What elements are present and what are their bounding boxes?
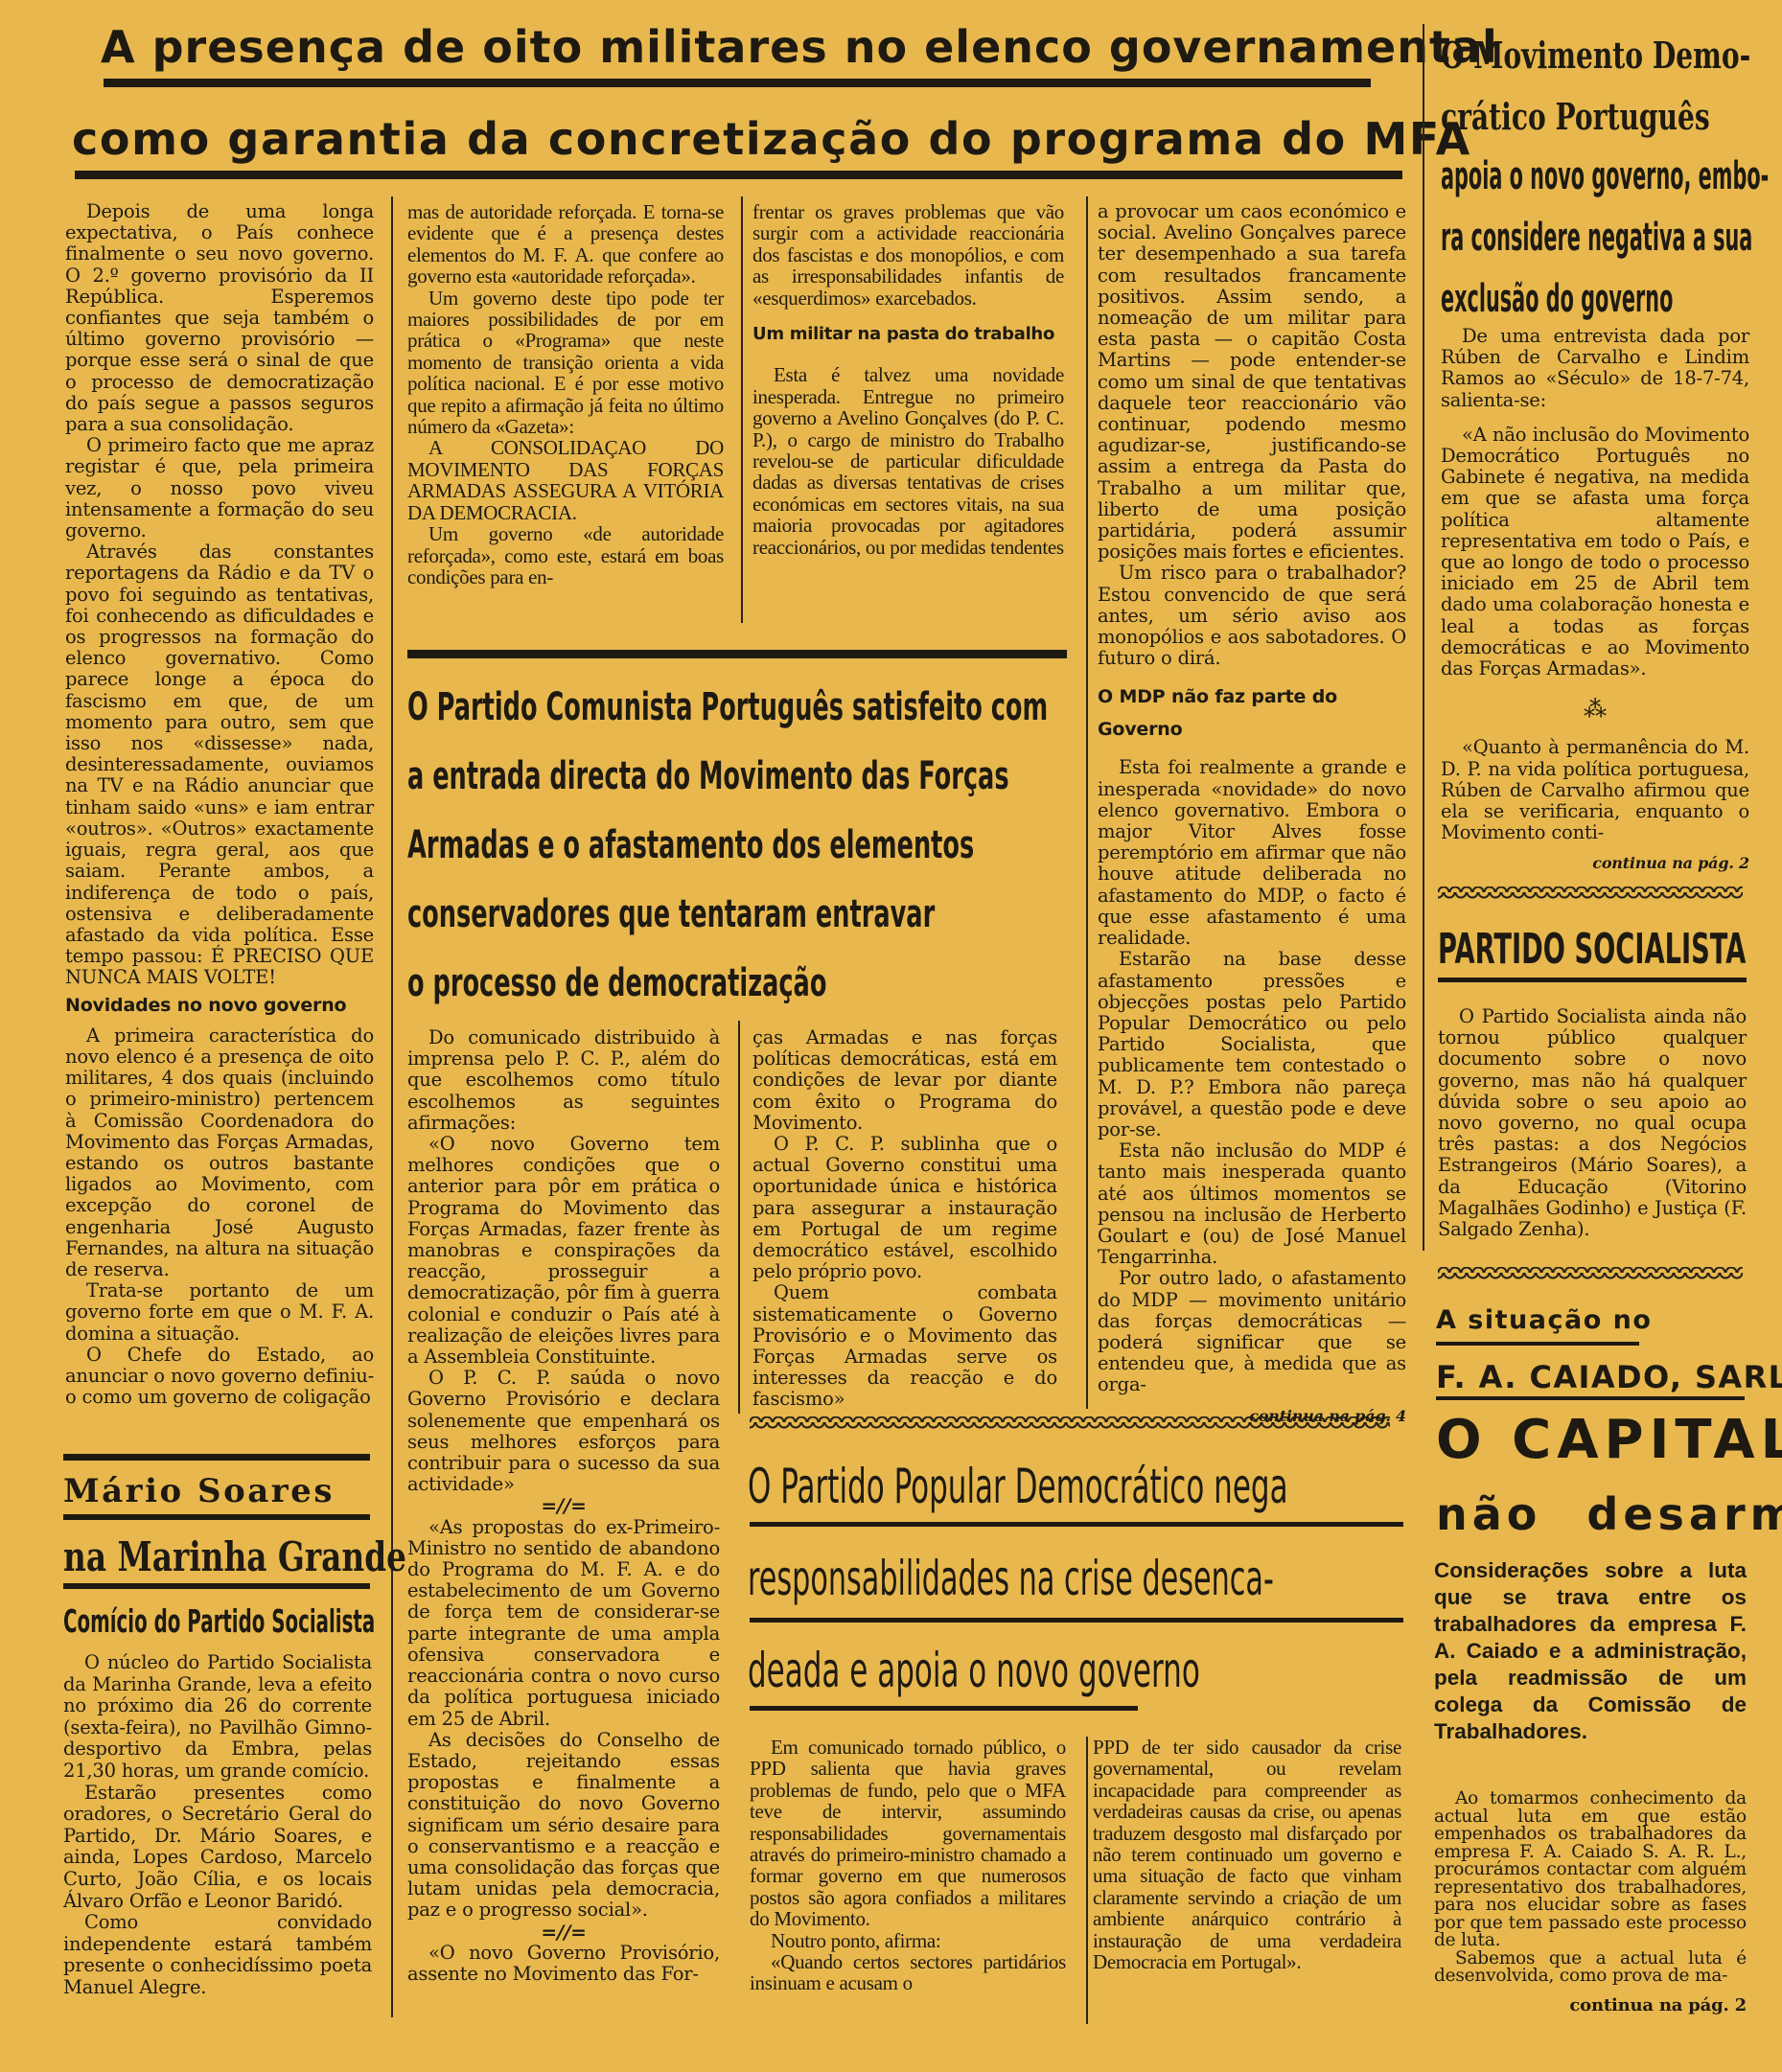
paragraph: Por outro lado, o afastamento do MDP — m… — [1098, 1268, 1406, 1395]
headline-rule — [75, 171, 1402, 179]
paragraph: Estarão presentes como oradores, o Secre… — [63, 1783, 372, 1913]
paragraph: Esta foi realmente a grande e inesperada… — [1098, 757, 1406, 949]
mdp-headline-line: ra considere negativa a sua — [1441, 207, 1769, 268]
paragraph: Em comunicado tornado público, o PPD sal… — [750, 1737, 1066, 1930]
paragraph: Um governo «de autoridade reforçada», co… — [407, 523, 724, 587]
headline-underline — [750, 1706, 1138, 1711]
mdp-headline-line: exclusão do governo — [1441, 268, 1769, 330]
separator: =//= — [407, 1922, 720, 1943]
main-article-col3: frentar os graves problemas que vão surg… — [752, 201, 1064, 558]
soares-article-body: O núcleo do Partido Socialista da Marinh… — [63, 1652, 372, 1999]
ornamental-rule — [1438, 1267, 1743, 1280]
section-rule — [63, 1583, 370, 1589]
headline-underline — [1438, 978, 1747, 982]
mdp-headline-serif: O Movimento Demo- crático Português — [1441, 25, 1750, 148]
section-rule — [63, 1454, 370, 1461]
main-article-col2: mas de autoridade reforçada. E torna-se … — [407, 201, 724, 587]
column-divider — [391, 196, 393, 2017]
paragraph: Sabemos que a actual luta é desenvolvida… — [1434, 1950, 1747, 1986]
paragraph: «As propostas do ex-Primeiro-Ministro no… — [407, 1517, 720, 1730]
soares-subheading: Comício do Partido Socialista — [63, 1602, 375, 1640]
paragraph: Noutro ponto, afirma: — [750, 1930, 1066, 1951]
headline-underline — [750, 1618, 1403, 1623]
ppd-headline-line: responsabilidades na crise desenca- — [748, 1551, 1274, 1606]
column-divider — [1086, 196, 1088, 1409]
separator: =//= — [407, 1495, 720, 1516]
subheading: O MDP não faz parte do Governo — [1098, 680, 1337, 746]
pcp-headline-line: conservadores que tentaram entravar — [407, 892, 935, 936]
paragraph: Um risco para o trabalhador? Estou conve… — [1098, 563, 1406, 669]
pcp-headline-line: Armadas e o afastamento dos elementos — [407, 823, 974, 867]
subheading: Um militar na pasta do trabalho — [752, 324, 1064, 345]
paragraph: «O novo Governo tem melhores condições q… — [407, 1134, 720, 1368]
paragraph: Ao tomarmos conhecimento da actual luta … — [1434, 1790, 1747, 1950]
soares-headline-1: Mário Soares — [63, 1472, 335, 1510]
paragraph: a provocar um caos económico e social. A… — [1098, 201, 1406, 563]
soares-headline-2: na Marinha Grande — [63, 1533, 406, 1580]
ppd-article-col1: Em comunicado tornado público, o PPD sal… — [750, 1737, 1066, 1994]
ornament-asterism-icon: ⁂ — [1441, 699, 1749, 720]
paragraph: O P. C. P. sublinha que o actual Governo… — [752, 1134, 1057, 1282]
ppd-headline-line: deada e apoia o novo governo — [748, 1643, 1200, 1698]
paragraph: «Quando certos sectores partidários insi… — [750, 1951, 1066, 1994]
paragraph: O núcleo do Partido Socialista da Marinh… — [63, 1652, 372, 1783]
subheading: Novidades no novo governo — [65, 995, 374, 1016]
continued-link[interactable]: continua na pág. 2 — [1434, 1997, 1747, 2015]
paragraph: A primeira característica do novo elenco… — [65, 1025, 374, 1280]
caiado-headline-2: não desarma — [1436, 1488, 1782, 1540]
continued-link[interactable]: continua na pág. 2 — [1441, 853, 1749, 874]
paragraph: Através das constantes reportagens da Rá… — [65, 541, 374, 988]
paragraph: Trata-se portanto de um governo forte em… — [65, 1280, 374, 1345]
paragraph: ças Armadas e nas forças políticas democ… — [752, 1027, 1057, 1134]
ppd-headline-line: O Partido Popular Democrático nega — [748, 1459, 1288, 1514]
main-article-col4: a provocar um caos económico e social. A… — [1098, 201, 1406, 1427]
headline-underline — [750, 1522, 1403, 1527]
pcp-article-col2: ças Armadas e nas forças políticas democ… — [752, 1027, 1057, 1411]
caiado-kicker-1: A situação no — [1436, 1305, 1652, 1335]
paragraph: O Chefe do Estado, ao anunciar o novo go… — [65, 1345, 374, 1409]
column-divider — [738, 1021, 740, 1414]
paragraph: «A não inclusão do Movimento Democrático… — [1441, 425, 1749, 679]
main-headline-line2: como garantia da concretização do progra… — [72, 113, 1404, 165]
paragraph: «Quanto à permanência do M. D. P. na vid… — [1441, 737, 1749, 843]
section-rule — [407, 650, 1067, 658]
mdp-headline-line: apoia o novo governo, embo- — [1441, 146, 1769, 207]
caiado-headline-1: O CAPITAL — [1436, 1409, 1782, 1471]
headline-underline — [1436, 1396, 1745, 1400]
main-headline-line1: A presença de oito militares no elenco g… — [101, 21, 1376, 73]
column-divider — [1423, 24, 1424, 1251]
ps-headline: PARTIDO SOCIALISTA — [1438, 925, 1746, 974]
paragraph: Esta não inclusão do MDP é tanto mais in… — [1098, 1140, 1406, 1268]
mdp-headline-line: O Movimento Demo- — [1441, 25, 1750, 86]
pcp-headline-line: O Partido Comunista Português satisfeito… — [407, 685, 1048, 729]
paragraph: O primeiro facto que me apraz registar é… — [65, 435, 374, 541]
headline-rule — [104, 79, 1371, 87]
paragraph: Como convidado independente estará també… — [63, 1912, 372, 1998]
paragraph: Depois de uma longa expectativa, o País … — [65, 201, 374, 435]
caiado-kicker-2: F. A. CAIADO, SARL — [1436, 1359, 1782, 1395]
ornamental-rule — [1438, 886, 1743, 900]
mdp-headline-line: crático Português — [1441, 86, 1750, 148]
section-rule — [63, 1514, 370, 1520]
paragraph: Quem combata sistematicamente o Governo … — [752, 1282, 1057, 1410]
pcp-article-col1: Do comunicado distribuido à imprensa pel… — [407, 1027, 720, 1985]
mdp-headline-cond: apoia o novo governo, embo- ra considere… — [1441, 146, 1769, 330]
pcp-headline-line: o processo de democratização — [407, 961, 826, 1005]
column-divider — [1086, 1737, 1088, 2024]
caiado-deck: Considerações sobre a luta que se trava … — [1434, 1557, 1747, 1745]
paragraph: Estarão na base desse afastamento pressõ… — [1098, 949, 1406, 1140]
paragraph: O Partido Socialista ainda não tornou pú… — [1438, 1006, 1747, 1240]
paragraph: A CONSOLIDAÇAO DO MOVIMENTO DAS FORÇAS A… — [407, 437, 724, 523]
headline-underline — [1436, 1342, 1639, 1346]
ppd-article-col2: PPD de ter sido causador da crise govern… — [1093, 1737, 1401, 1972]
paragraph: frentar os graves problemas que vão surg… — [752, 201, 1064, 309]
ps-article-body: O Partido Socialista ainda não tornou pú… — [1438, 1006, 1747, 1240]
ornamental-rule — [750, 1416, 1390, 1430]
paragraph: PPD de ter sido causador da crise govern… — [1093, 1737, 1401, 1972]
paragraph: Do comunicado distribuido à imprensa pel… — [407, 1027, 720, 1134]
mdp-article-body: De uma entrevista dada por Rúben de Carv… — [1441, 326, 1749, 875]
paragraph: De uma entrevista dada por Rúben de Carv… — [1441, 326, 1749, 411]
paragraph: mas de autoridade reforçada. E torna-se … — [407, 201, 724, 288]
paragraph: Esta é talvez uma novidade inesperada. E… — [752, 364, 1064, 558]
paragraph: Um governo deste tipo pode ter maiores p… — [407, 288, 724, 438]
paragraph: As decisões do Conselho de Estado, rejei… — [407, 1730, 720, 1922]
paragraph: O P. C. P. saúda o novo Governo Provisór… — [407, 1368, 720, 1495]
main-article-col1: Depois de uma longa expectativa, o País … — [65, 201, 374, 1408]
column-divider — [741, 196, 743, 623]
paragraph: «O novo Governo Provisório, assente no M… — [407, 1943, 720, 1985]
caiado-article-body: Ao tomarmos conhecimento da actual luta … — [1434, 1790, 1747, 2014]
pcp-headline-line: a entrada directa do Movimento das Força… — [407, 754, 1009, 798]
